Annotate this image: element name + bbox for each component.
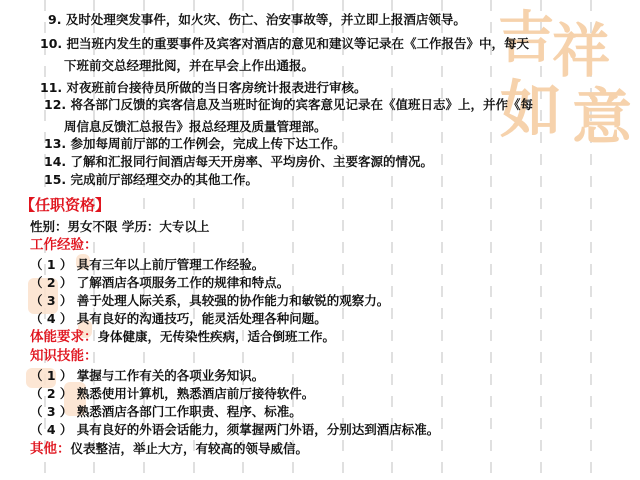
- duty-item: 11. 对夜班前台接待员所做的当日客房统计报表进行审核。: [40, 80, 367, 96]
- physical-requirements: 体能要求：身体健康，无传染性疾病，适合倒班工作。: [30, 329, 335, 346]
- experience-label: 工作经验：: [30, 237, 98, 254]
- duty-item: 10. 把当班内发生的重要事件及宾客对酒店的意见和建议等记录在《工作报告》中，每…: [40, 36, 529, 52]
- duty-number: 15.: [44, 172, 66, 187]
- other-requirements: 其他：仪表整洁，举止大方，有较高的领导威信。: [30, 441, 308, 458]
- skill-item: （ 2 ） 熟悉使用计算机，熟悉酒店前厅接待软件。: [30, 386, 314, 402]
- duty-continuation: 周信息反馈汇总报告》报总经理及质量管理部。: [64, 119, 327, 135]
- duty-text: 对夜班前台接待员所做的当日客房统计报表进行审核。: [67, 80, 367, 95]
- duty-continuation: 下班前交总经理批阅，并在早会上作出通报。: [64, 58, 314, 74]
- duty-text: 把当班内发生的重要事件及宾客对酒店的意见和建议等记录在《工作报告》中，每天: [67, 36, 530, 51]
- duty-number: 10.: [40, 36, 62, 51]
- duty-item: 14. 了解和汇报同行间酒店每天开房率、平均房价、主要客源的情况。: [44, 154, 433, 170]
- experience-item: （ 4 ） 具有良好的沟通技巧，能灵活处理各种问题。: [30, 311, 327, 327]
- calligraphy-watermark: 吉 祥 如 意: [492, 0, 640, 160]
- experience-item: （ 2 ） 了解酒店各项服务工作的规律和特点。: [30, 275, 289, 291]
- duty-number: 13.: [44, 136, 66, 151]
- basic-requirements: 性别：男女不限 学历：大专以上: [30, 219, 209, 235]
- grid-line: [441, 0, 443, 480]
- physical-label: 体能要求：: [30, 329, 98, 345]
- duty-item: 12. 将各部门反馈的宾客信息及当班时征询的宾客意见记录在《值班日志》上，并作《…: [44, 97, 533, 113]
- duty-text: 完成前厅部经理交办的其他工作。: [71, 172, 259, 187]
- duty-text: 及时处理突发事件，如火灾、伤亡、治安事故等，并立即上报酒店领导。: [66, 12, 466, 27]
- watermark-char: 意: [572, 70, 632, 156]
- duty-text: 将各部门反馈的宾客信息及当班时征询的宾客意见记录在《值班日志》上，并作《每: [71, 97, 534, 112]
- duty-number: 12.: [44, 97, 66, 112]
- duty-number: 9.: [48, 12, 61, 27]
- section-heading: 【任职资格】: [20, 196, 110, 214]
- duty-item: 15. 完成前厅部经理交办的其他工作。: [44, 172, 258, 188]
- experience-item: （ 3 ） 善于处理人际关系，具较强的协作能力和敏锐的观察力。: [30, 293, 389, 309]
- duty-item: 9. 及时处理突发事件，如火灾、伤亡、治安事故等，并立即上报酒店领导。: [48, 12, 466, 28]
- grid-line: [342, 0, 344, 480]
- experience-item: （ 1 ） 具有三年以上前厅管理工作经验。: [30, 257, 264, 273]
- other-text: 仪表整洁，举止大方，有较高的领导威信。: [71, 441, 309, 456]
- skill-item: （ 3 ） 熟悉酒店各部门工作职责、程序、标准。: [30, 404, 302, 420]
- duty-number: 14.: [44, 154, 66, 169]
- skill-item: （ 1 ） 掌握与工作有关的各项业务知识。: [30, 368, 264, 384]
- duty-text: 了解和汇报同行间酒店每天开房率、平均房价、主要客源的情况。: [71, 154, 434, 169]
- skills-label: 知识技能：: [30, 348, 98, 365]
- grid-line: [391, 0, 393, 480]
- skill-item: （ 4 ） 具有良好的外语会话能力，须掌握两门外语，分别达到酒店标准。: [30, 422, 439, 438]
- duty-number: 11.: [40, 80, 62, 95]
- duty-item: 13. 参加每周前厅部的工作例会，完成上传下达工作。: [44, 136, 346, 152]
- physical-text: 身体健康，无传染性疾病，适合倒班工作。: [98, 329, 336, 344]
- duty-text: 参加每周前厅部的工作例会，完成上传下达工作。: [71, 136, 346, 151]
- other-label: 其他：: [30, 441, 71, 457]
